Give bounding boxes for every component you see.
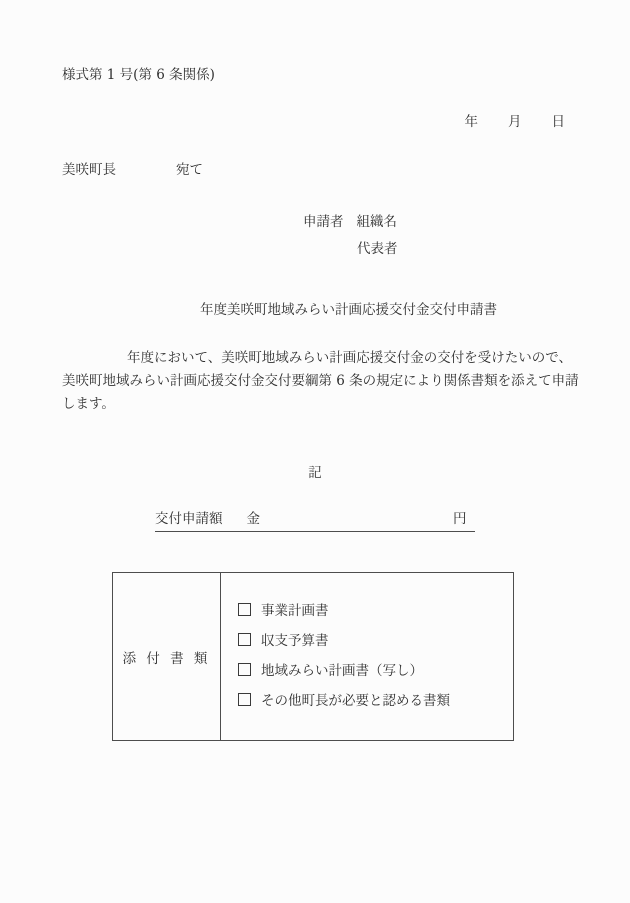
attachment-item-row: その他町長が必要と認める書類 [238, 686, 513, 716]
addressee-line: 美咲町長宛て [62, 158, 203, 178]
organization-name-label: 組織名 [357, 214, 398, 230]
date-month-label: 月 [508, 114, 522, 130]
attachments-header-cell: 添 付 書 類 [113, 573, 221, 740]
body-line-1: 年度において、美咲町地域みらい計画応援交付金の交付を受けたいので、 [62, 347, 570, 370]
body-paragraph: 年度において、美咲町地域みらい計画応援交付金の交付を受けたいので、 美咲町地域み… [62, 347, 570, 416]
application-form-page: 様式第 1 号(第 6 条関係) 年月日 美咲町長宛て 申請者組織名 代表者 年… [0, 0, 630, 903]
body-line-3: します。 [62, 393, 570, 416]
applicant-label: 申請者 [303, 214, 344, 230]
checkbox-icon [238, 603, 251, 616]
attachment-item-label: 収支予算書 [261, 633, 329, 649]
ki-separator-label: 記 [0, 461, 630, 481]
date-year-label: 年 [465, 114, 479, 130]
currency-prefix-label: 金 [247, 511, 261, 527]
form-number: 様式第 1 号(第 6 条関係) [62, 63, 215, 83]
addressee-name: 美咲町長 [62, 162, 116, 178]
applicant-organization-line: 申請者組織名 [303, 210, 397, 230]
attachments-header-label: 添 付 書 類 [123, 647, 211, 667]
attachment-item-label: 事業計画書 [261, 603, 329, 619]
attachment-item-label: その他町長が必要と認める書類 [261, 693, 450, 709]
grant-amount-label: 交付申請額 [155, 511, 223, 527]
grant-amount-underline: 交付申請額金円 [155, 507, 475, 532]
currency-suffix-label: 円 [453, 511, 467, 527]
attachment-item-row: 事業計画書 [238, 596, 513, 626]
applicant-representative-line: 代表者 [357, 237, 398, 257]
addressee-suffix: 宛て [176, 162, 203, 178]
attachments-items-cell: 事業計画書 収支予算書 地域みらい計画書（写し） その他町長が必要と認める書類 [221, 573, 513, 740]
document-title: 年度美咲町地域みらい計画応援交付金交付申請書 [200, 298, 497, 318]
attachment-item-row: 収支予算書 [238, 626, 513, 656]
attachment-item-row: 地域みらい計画書（写し） [238, 656, 513, 686]
attachment-item-label: 地域みらい計画書（写し） [261, 663, 423, 679]
representative-label: 代表者 [357, 241, 398, 257]
grant-amount-line: 交付申請額金円 [155, 507, 475, 532]
checkbox-icon [238, 693, 251, 706]
checkbox-icon [238, 633, 251, 646]
checkbox-icon [238, 663, 251, 676]
attachments-table: 添 付 書 類 事業計画書 収支予算書 地域みらい計画書（写し） その他町長が必… [112, 572, 514, 741]
date-day-label: 日 [552, 114, 566, 130]
date-line: 年月日 [0, 110, 565, 130]
body-line-2: 美咲町地域みらい計画応援交付金交付要綱第 6 条の規定により関係書類を添えて申請 [62, 370, 570, 393]
